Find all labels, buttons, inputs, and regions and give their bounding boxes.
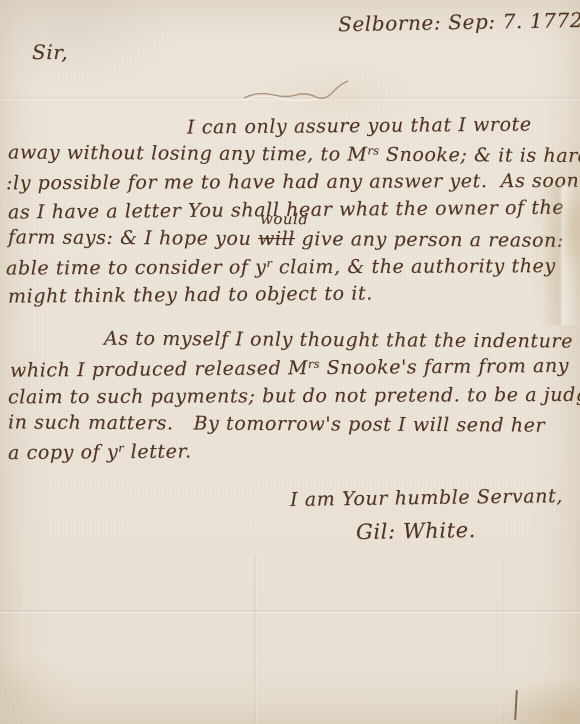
tear-mark — [242, 76, 372, 110]
paragraph1-line3: :ly possible for me to have had any answ… — [6, 172, 579, 194]
paragraph2-line1: As to myself I only thought that the ind… — [104, 330, 573, 352]
signature: Gil: White. — [356, 520, 476, 543]
superscript-rs: rs — [308, 357, 320, 371]
p2line5-text-a: a copy of y — [8, 441, 118, 464]
superscript-rs: rs — [367, 143, 379, 157]
paragraph2-line3: claim to such payments; but do not prete… — [8, 386, 580, 408]
closing: I am Your humble Servant, — [290, 487, 563, 510]
paragraph1-line6: able time to consider of yr claim, & the… — [6, 257, 556, 279]
paragraph1-line1: I can only assure you that I wrote — [187, 115, 532, 137]
paragraph2-line4: in such matters. By tomorrow's post I wi… — [8, 413, 545, 435]
ink-mark-bottom — [514, 690, 518, 720]
edge-repair-stain — [542, 185, 580, 325]
struck-word-text: will — [258, 228, 295, 250]
fold-crease-vertical-center — [254, 555, 257, 724]
letter-page: Selborne: Sep: 7. 1772. Sir, I can only … — [0, 0, 580, 724]
line5-text-a: farm says: & I hope you — [8, 226, 258, 250]
paragraph1-line5: farm says: & I hope you willwould give a… — [8, 228, 564, 250]
fold-crease-vertical-right — [503, 560, 506, 724]
paragraph1-line7: might think they had to object to it. — [8, 284, 373, 306]
salutation: Sir, — [32, 42, 68, 62]
line5-text-b: give any person a reason: — [295, 228, 564, 252]
dateline: Selborne: Sep: 7. 1772. — [338, 10, 580, 34]
struck-word-will: willwould — [258, 228, 295, 250]
paragraph2-line2: which I produced released Mrs Snooke's f… — [10, 357, 569, 381]
p2line2-text-b: Snooke's farm from any — [320, 355, 569, 379]
line2-text-b: Snooke; & it is hard- — [379, 144, 580, 167]
paragraph1-line2: away without losing any time, to Mrs Sno… — [8, 143, 580, 166]
line6-text-a: able time to consider of y — [6, 256, 267, 279]
inserted-word-would: would — [260, 213, 308, 228]
line2-text-a: away without losing any time, to M — [8, 141, 368, 165]
line6-text-b: claim, & the authority they — [272, 255, 556, 278]
paragraph2-line5: a copy of yr letter. — [8, 442, 192, 463]
p2line2-text-a: which I produced released M — [10, 357, 308, 382]
fold-crease-horizontal-bottom — [0, 610, 580, 614]
p2line5-text-b: letter. — [124, 440, 192, 463]
